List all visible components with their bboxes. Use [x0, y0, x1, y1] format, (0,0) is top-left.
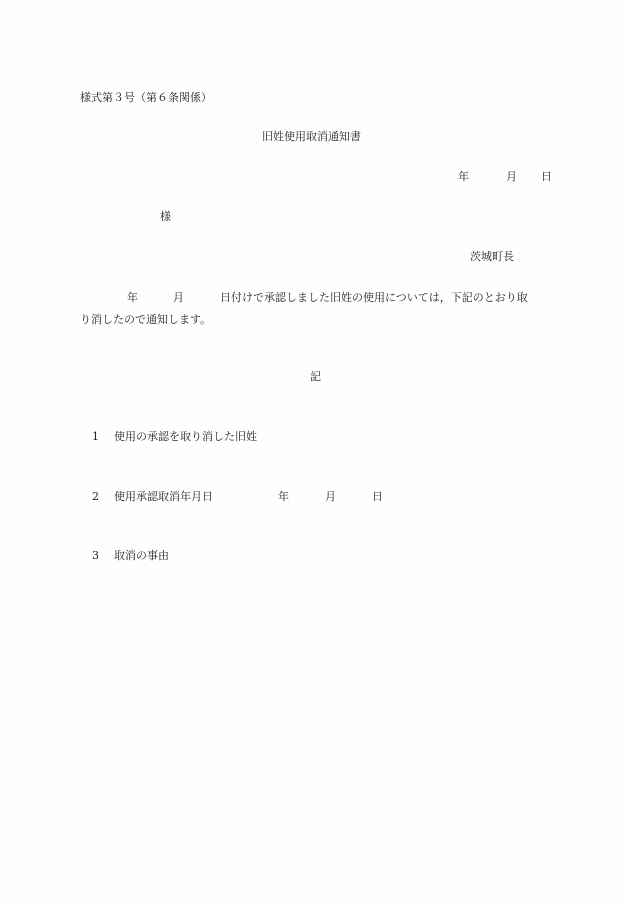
date-day-label: 日 — [541, 170, 552, 184]
issuer-name: 茨城町長 — [470, 250, 514, 264]
date-month-label: 月 — [506, 170, 517, 184]
date-year-label: 年 — [458, 170, 469, 184]
body-month-label: 月 — [173, 291, 184, 305]
item-day-label: 日 — [372, 490, 383, 504]
body-text-rest: 日付けで承認しました旧姓の使用については，下記のとおり取 — [220, 291, 528, 305]
item-number: 1 — [92, 430, 114, 444]
list-item: 3取消の事由 — [92, 549, 169, 563]
item-label: 使用承認取消年月日 — [114, 490, 213, 503]
list-item: 1使用の承認を取り消した旧姓 — [92, 430, 257, 444]
item-number: 3 — [92, 549, 114, 563]
item-number: 2 — [92, 490, 114, 504]
item-label: 使用の承認を取り消した旧姓 — [114, 430, 257, 443]
item-label: 取消の事由 — [114, 549, 169, 562]
document-title: 旧姓使用取消通知書 — [262, 130, 361, 144]
item-month-label: 月 — [325, 490, 336, 504]
recipient-honorific: 様 — [160, 210, 171, 224]
list-item: 2使用承認取消年月日 — [92, 490, 213, 504]
ki-heading: 記 — [310, 370, 321, 384]
body-text-line-2: り消したので通知します。 — [80, 313, 211, 327]
body-year-label: 年 — [127, 291, 138, 305]
item-year-label: 年 — [278, 490, 289, 504]
form-number: 様式第３号（第６条関係） — [80, 91, 212, 105]
